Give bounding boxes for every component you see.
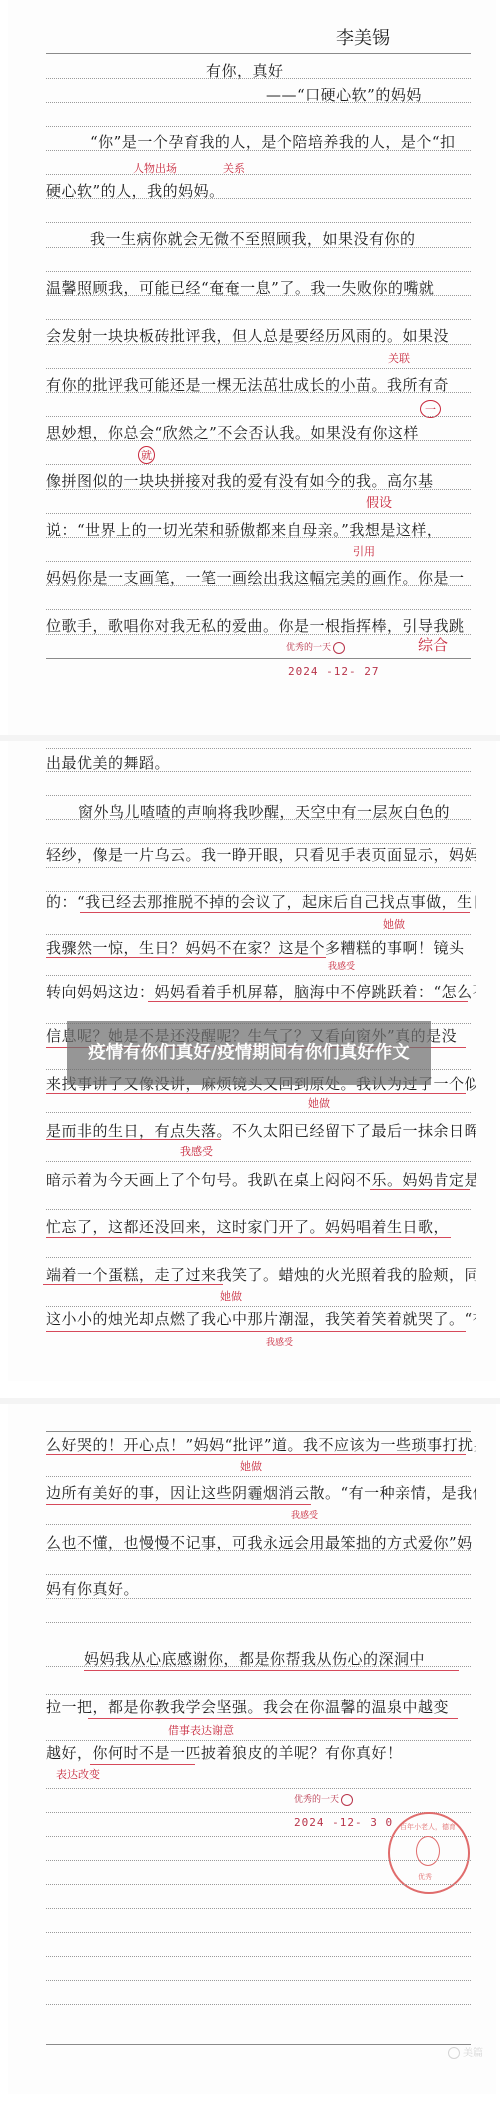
page-rule — [46, 537, 471, 538]
page-rule — [46, 1694, 471, 1695]
essay-line: 越好，你何时不是一匹披着狼皮的羊呢？有你真好！ — [46, 1742, 476, 1763]
annotation: 她做 — [220, 1288, 242, 1304]
underline-mark — [46, 1504, 311, 1505]
page-rule — [46, 1550, 471, 1551]
page-rule — [46, 102, 471, 103]
essay-line: 轻纱，像是一片乌云。我一睁开眼，只看见手表页面显示，妈妈发来 — [46, 844, 476, 865]
page-rule — [46, 198, 471, 199]
annotation: 借事表达谢意 — [168, 1722, 234, 1738]
page-rule — [46, 392, 471, 393]
author-name: 李美锡 — [336, 24, 390, 50]
page-rule — [46, 2004, 471, 2005]
page-rule — [46, 513, 471, 514]
teacher-seal: 百年小老人，德育 优秀 — [388, 1812, 470, 1894]
date-stamp: 2024 -12- 3 0 — [294, 1816, 393, 1829]
essay-line: 出最优美的舞蹈。 — [46, 752, 476, 773]
flower-icon — [333, 642, 345, 654]
page-rule — [46, 561, 471, 562]
page-rule — [46, 126, 471, 127]
date-stamp: 2024 -12- 27 — [288, 665, 379, 678]
essay-line: 这小小的烛光却点燃了我心中那片潮湿，我笑着笑着就哭了。“有什 — [46, 1308, 476, 1329]
meipian-logo-icon — [448, 2047, 460, 2059]
page-rule — [46, 634, 471, 635]
page-rule — [46, 975, 471, 976]
essay-line: 我一生病你就会无微不至照顾我，如果没有你的 — [90, 228, 500, 249]
underline-mark — [88, 1718, 458, 1719]
essay-line: “你”是一个孕育我的人，是个陪培养我的人，是个“扣 — [90, 131, 500, 152]
annotation: 我感受 — [328, 959, 355, 972]
underline-mark — [46, 1454, 466, 1455]
essay-line: 边所有美好的事，因让这些阴霾烟消云散。“有一种亲情，是我什 — [46, 1482, 476, 1503]
page-rule — [46, 295, 471, 296]
page-rule — [46, 1666, 471, 1667]
praise-stamp: 优秀的一天 — [286, 640, 345, 654]
face-icon — [416, 1836, 440, 1866]
underline-mark — [80, 912, 470, 913]
page-rule — [46, 1524, 471, 1525]
page-rule — [46, 319, 471, 320]
page-rule — [46, 416, 471, 417]
page-rule — [46, 1476, 471, 1477]
page-rule — [46, 150, 471, 151]
essay-line: 端着一个蛋糕，走了过来我笑了。蜡烛的火光照着我的脸颊，同时 — [46, 1264, 476, 1285]
annotation: 她做 — [383, 916, 405, 932]
seal-top-text: 百年小老人，德育 — [400, 1822, 456, 1832]
page-rule — [46, 368, 471, 369]
page-rule — [46, 1788, 471, 1789]
watermark: 美篇 — [448, 2044, 483, 2059]
page-rule — [46, 1598, 471, 1599]
annotation: 关联 — [388, 350, 410, 366]
praise-stamp-text: 优秀的一天 — [294, 1795, 339, 1805]
page-rule — [46, 658, 471, 659]
annotation: 她做 — [308, 1095, 330, 1111]
underline-mark — [84, 1670, 459, 1671]
essay-line: 么好哭的！开心点！”妈妈“批评”道。我不应该为一些琐事打扰身 — [46, 1434, 476, 1455]
page-rule — [46, 53, 471, 54]
essay-line: 位歌手，歌唱你对我无私的爱曲。你是一根指挥棒，引导我跳 — [46, 615, 476, 636]
essay-line: 是而非的生日，有点失落。不久太阳已经留下了最后一抹余日晖， — [46, 1120, 476, 1141]
title-banner: 疫情有你们真好/疫情期间有你们真好作文 — [67, 1021, 431, 1085]
essay-line: 转向妈妈这边：妈妈看着手机屏幕，脑海中不停跳跃着：“怎么不回 — [46, 981, 476, 1002]
annotation-summary: 综合 — [418, 634, 448, 655]
underline-mark — [46, 1093, 466, 1094]
essay-page-1: 李美锡 有你，真好 ——“口硬心软”的妈妈 “你”是一个孕育我的人，是个陪培养我… — [8, 0, 496, 735]
page-rule — [46, 795, 471, 796]
annotation: 我感受 — [266, 1335, 293, 1348]
page-rule — [46, 489, 471, 490]
essay-line: 的：“我已经去那推脱不掉的会议了，起床后自己找点事做，生日快乐！” — [46, 891, 476, 912]
page-rule — [46, 2044, 471, 2045]
annotation: 引用 — [353, 543, 375, 559]
page-rule — [46, 819, 471, 820]
page-rule — [46, 1860, 471, 1861]
seal-bottom-text: 优秀 — [418, 1872, 432, 1882]
watermark-label: 美篇 — [463, 2048, 483, 2059]
page-rule — [46, 1574, 471, 1575]
page-rule — [46, 78, 471, 79]
page-rule — [46, 1740, 471, 1741]
page-rule — [46, 771, 471, 772]
essay-page-3: 么好哭的！开心点！”妈妈“批评”道。我不应该为一些琐事打扰身 她做 边所有美好的… — [8, 1404, 496, 2094]
essay-line: 暗示着为今天画上了个句号。我趴在桌上闷闷不乐。妈妈肯定是 — [46, 1169, 476, 1190]
page-rule — [46, 1622, 471, 1623]
underline-mark — [43, 1284, 223, 1285]
underline-mark — [46, 957, 326, 958]
page-rule — [46, 464, 471, 465]
annotation: 她做 — [240, 1458, 262, 1474]
underline-mark — [46, 1331, 466, 1332]
page-rule — [46, 585, 471, 586]
underline-mark — [46, 1139, 221, 1140]
annotation: 表达改变 — [56, 1766, 100, 1782]
underline-mark — [46, 1237, 451, 1238]
essay-line: 会发射一块块板砖批评我，但人总是要经历风雨的。如果没 — [46, 325, 476, 346]
flower-icon — [341, 1794, 353, 1806]
underline-mark — [370, 1189, 470, 1190]
page-rule — [46, 1884, 471, 1885]
banner-title: 疫情有你们真好/疫情期间有你们真好作文 — [84, 1041, 414, 1066]
essay-line: 像拼图似的一块块拼接对我的爱有没有如今的我。高尔基 — [46, 470, 476, 491]
page-rule — [46, 174, 471, 175]
annotation: 假设 — [366, 492, 392, 511]
page-rule — [46, 609, 471, 610]
annotation: 我感受 — [180, 1143, 213, 1159]
essay-line: 忙忘了，这都还没回来，这时家门开了。妈妈唱着生日歌， — [46, 1216, 476, 1237]
page-rule — [46, 867, 471, 868]
page-rule — [46, 1161, 471, 1162]
page-rule — [46, 222, 471, 223]
page-rule — [46, 1112, 471, 1113]
annotation: 我感受 — [291, 1508, 318, 1521]
page-rule — [46, 1908, 471, 1909]
page-rule — [46, 1812, 471, 1813]
page-rule — [46, 440, 471, 441]
page-rule — [46, 1306, 471, 1307]
page-rule — [46, 247, 471, 248]
annotation: 就 — [138, 446, 155, 464]
essay-line: 妈有你真好。 — [46, 1578, 476, 1599]
praise-stamp-text: 优秀的一天 — [286, 643, 331, 653]
page-rule — [46, 1932, 471, 1933]
underline-mark — [90, 1764, 195, 1765]
page-rule — [46, 1956, 471, 1957]
page-rule — [46, 1209, 471, 1210]
essay-line: 拉一把，都是你教我学会坚强。我会在你温馨的温泉中越变 — [46, 1696, 476, 1717]
page-rule — [46, 344, 471, 345]
page-rule — [46, 1431, 471, 1432]
page-rule — [46, 748, 471, 749]
page-rule — [46, 1257, 471, 1258]
page-rule — [46, 934, 471, 935]
page-rule — [46, 271, 471, 272]
essay-line: 我骤然一惊，生日？妈妈不在家？这是个多糟糕的事啊！镜头 — [46, 937, 476, 958]
underline-mark — [148, 1001, 468, 1002]
praise-stamp: 优秀的一天 — [294, 1792, 353, 1806]
page-rule — [46, 1980, 471, 1981]
